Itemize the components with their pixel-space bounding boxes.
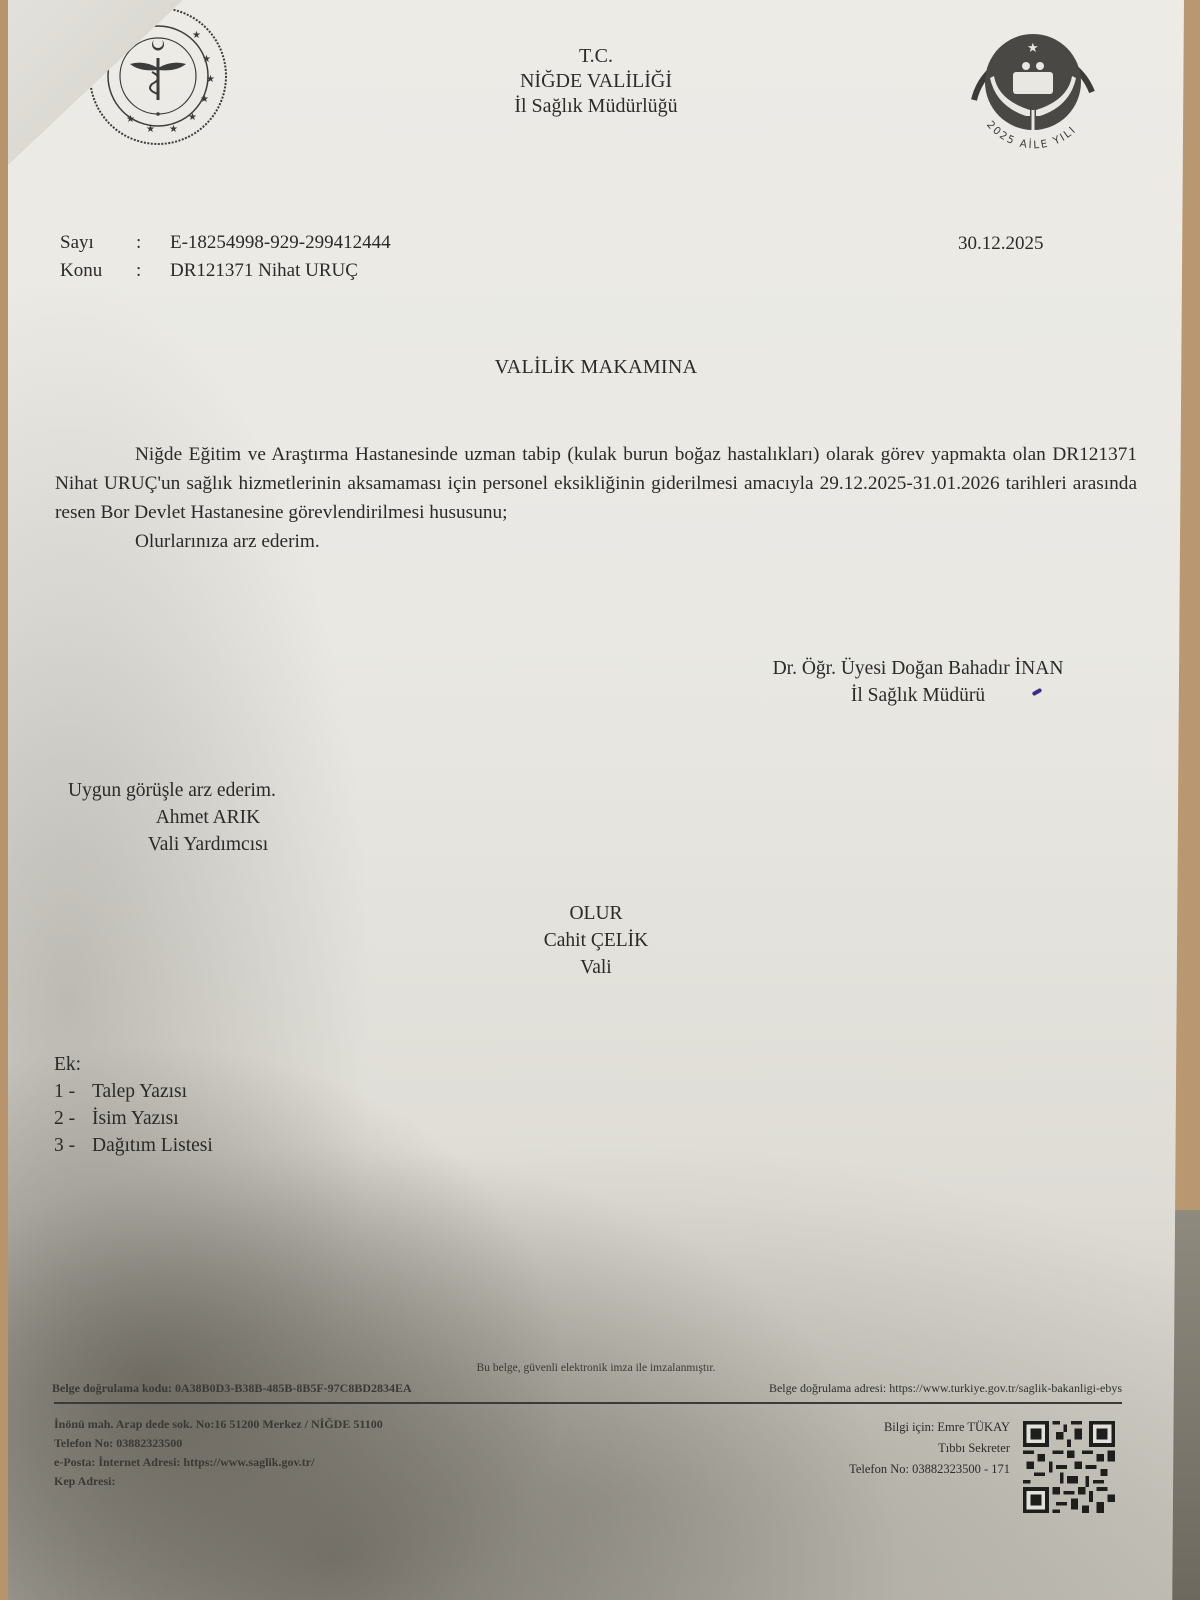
svg-text:★: ★	[169, 124, 178, 135]
contact-title: Tıbbı Sekreter	[748, 1438, 1010, 1459]
svg-text:★: ★	[206, 74, 215, 85]
deputy-governor-signature: Uygun görüşle arz ederim. Ahmet ARIK Val…	[68, 777, 348, 858]
esignature-note: Bu belge, güvenli elektronik imza ile im…	[8, 1362, 1184, 1374]
svg-text:★: ★	[188, 112, 197, 123]
separator: :	[136, 229, 170, 257]
document-page: ★★★ ★★★ ★★ ★ 2025 AİLE YILI T.C. NİĞDE V…	[8, 0, 1184, 1600]
deputy-title: Vali Yardımcısı	[68, 831, 348, 858]
number-label: Sayı	[60, 229, 136, 257]
attachment-item: 2 - İsim Yazısı	[54, 1105, 213, 1132]
institution-contact: İnönü mah. Arap dede sok. No:16 51200 Me…	[54, 1415, 383, 1491]
subject-row: Konu : DR121371 Nihat URUÇ	[60, 257, 391, 285]
qr-code-icon[interactable]	[1023, 1421, 1115, 1513]
attachment-item: 1 - Talep Yazısı	[54, 1078, 213, 1105]
svg-text:★: ★	[192, 30, 201, 41]
addressee: VALİLİK MAKAMINA	[8, 356, 1184, 379]
deputy-name: Ahmet ARIK	[68, 804, 348, 831]
attachment-label: Talep Yazısı	[92, 1078, 187, 1105]
deputy-note: Uygun görüşle arz ederim.	[68, 777, 348, 804]
attachment-label: Dağıtım Listesi	[92, 1132, 213, 1159]
separator: :	[136, 257, 170, 285]
svg-text:★: ★	[146, 124, 155, 135]
info-contact: Bilgi için: Emre TÜKAY Tıbbı Sekreter Te…	[748, 1417, 1010, 1480]
institution-address: İnönü mah. Arap dede sok. No:16 51200 Me…	[54, 1415, 383, 1434]
footer-divider	[54, 1402, 1122, 1404]
director-signature: Dr. Öğr. Üyesi Doğan Bahadır İNAN İl Sağ…	[708, 655, 1128, 709]
letter-body: Niğde Eğitim ve Araştırma Hastanesinde u…	[55, 440, 1137, 556]
attachment-item: 3 - Dağıtım Listesi	[54, 1132, 213, 1159]
verification-row: Belge doğrulama kodu: 0A38B0D3-B38B-485B…	[52, 1381, 1122, 1396]
contact-phone: Telefon No: 03882323500 - 171	[748, 1459, 1010, 1480]
attachment-number: 2 -	[54, 1105, 92, 1132]
attachments-label: Ek:	[54, 1051, 213, 1078]
institution-phone: Telefon No: 03882323500	[54, 1434, 383, 1453]
subject-value: DR121371 Nihat URUÇ	[170, 257, 358, 285]
svg-text:★: ★	[200, 94, 209, 105]
governor-approval: OLUR Cahit ÇELİK Vali	[8, 900, 1184, 981]
governor-title: Vali	[8, 954, 1184, 981]
attachments-list: Ek: 1 - Talep Yazısı 2 - İsim Yazısı 3 -…	[54, 1051, 213, 1159]
verification-address[interactable]: Belge doğrulama adresi: https://www.turk…	[769, 1381, 1122, 1396]
contact-name: Bilgi için: Emre TÜKAY	[748, 1417, 1010, 1438]
director-title: İl Sağlık Müdürü	[708, 682, 1128, 709]
subject-label: Konu	[60, 257, 136, 285]
institution-web[interactable]: e-Posta: İnternet Adresi: https://www.sa…	[54, 1453, 383, 1472]
attachment-number: 1 -	[54, 1078, 92, 1105]
kep-address: Kep Adresi:	[54, 1472, 383, 1491]
svg-text:★: ★	[126, 114, 135, 125]
number-value: E-18254998-929-299412444	[170, 229, 391, 257]
director-name: Dr. Öğr. Üyesi Doğan Bahadır İNAN	[708, 655, 1128, 682]
body-paragraph: Niğde Eğitim ve Araştırma Hastanesinde u…	[55, 440, 1137, 527]
verification-code: Belge doğrulama kodu: 0A38B0D3-B38B-485B…	[52, 1381, 412, 1396]
document-meta: Sayı : E-18254998-929-299412444 Konu : D…	[60, 229, 391, 285]
body-closing: Olurlarınıza arz ederim.	[135, 527, 1137, 556]
attachment-label: İsim Yazısı	[92, 1105, 179, 1132]
attachment-number: 3 -	[54, 1132, 92, 1159]
governor-name: Cahit ÇELİK	[8, 927, 1184, 954]
approval-word: OLUR	[8, 900, 1184, 927]
svg-text:★: ★	[202, 54, 211, 65]
number-row: Sayı : E-18254998-929-299412444	[60, 229, 391, 257]
document-date: 30.12.2025	[958, 233, 1044, 255]
